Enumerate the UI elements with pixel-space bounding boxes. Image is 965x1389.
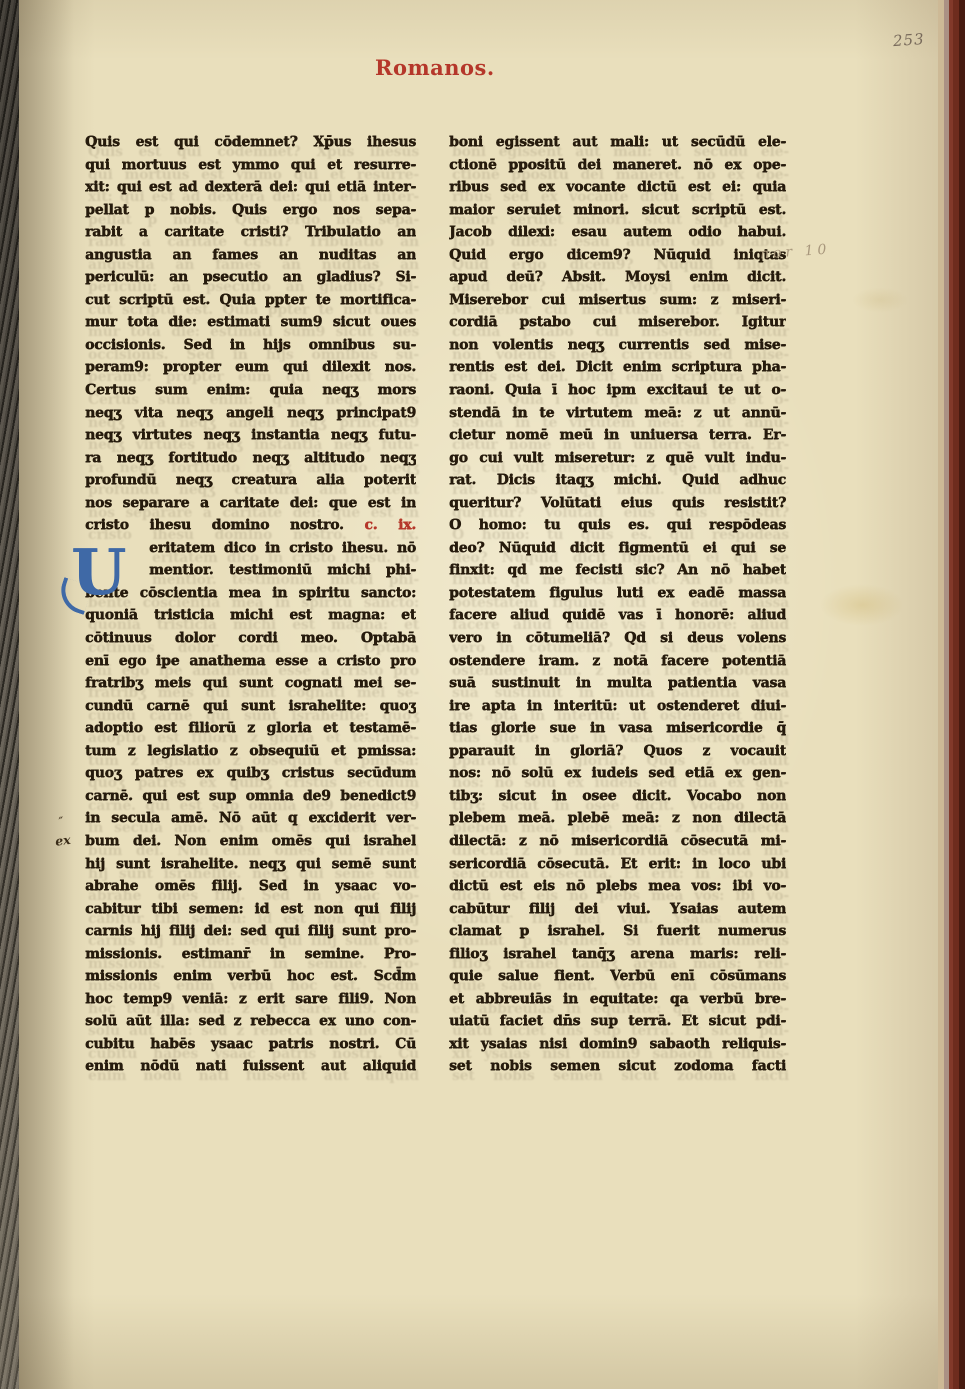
text-line: enim nōdū nati fuissent aut aliquid [85, 1055, 416, 1078]
text-line: cabūtur filij dei viui. Ysaias autem [449, 898, 786, 921]
chapter-rubric: c. ix. [364, 517, 416, 533]
text-line: pellat p nobis. Quis ergo nos sepa- [85, 199, 416, 222]
margin-correction-mark: ″ ex [52, 810, 86, 851]
text-line: ribus sed ex vocante dictū est ei: quia [449, 176, 786, 199]
text-line: peram9: propter eum qui dilexit nos. [85, 356, 416, 379]
text-line: abrahe omēs filij. Sed in ysaac vo- [85, 875, 416, 898]
text-line: profundū neqʒ creatura alia poterit [85, 469, 416, 492]
text-line: enī ego ipe anathema esse a cristo pro [85, 650, 416, 673]
text-line: xit ysaias nisi domin9 sabaoth reliquis- [449, 1033, 786, 1056]
text-line: adoptio est filiorū z gloria et testamē- [85, 717, 416, 740]
text-line: mur tota die: estimati sum9 sicut oues [85, 311, 416, 334]
text-line: carnē. qui est sup omnia de9 benedict9 [85, 785, 416, 808]
text-line: stendā in te virtutem meā: z ut annū- [449, 402, 786, 425]
text-line: finxit: qd me fecisti sic? An nō habet [449, 559, 786, 582]
text-line: Quis est qui cōdemnet? Xp̄us ihesus [85, 131, 416, 154]
text-line: cundū carnē qui sunt israhelite: quoʒ [85, 695, 416, 718]
text-line: periculū: an psecutio an gladius? Si- [85, 266, 416, 289]
text-line: Miserebor cui misertus sum: z miseri- [449, 289, 786, 312]
text-line: ctionē ppositū dei maneret. nō ex ope- [449, 154, 786, 177]
text-line: vero in cōtumeliā? Qd si deus volens [449, 627, 786, 650]
text-line: cubitu habēs ysaac patris nostri. Cū [85, 1033, 416, 1056]
text-line: in secula amē. Nō aūt q exciderit ver- [85, 807, 416, 830]
running-header: Romanos. [375, 55, 495, 80]
text-line: cordiā pstabo cui miserebor. Igitur [449, 311, 786, 334]
text-line: set nobis semen sicut zodoma facti [449, 1055, 786, 1078]
gutter-shadow [19, 0, 74, 1389]
folio-page-number: 253 [892, 30, 925, 50]
text-line: mentior. testimoniū michi phi- [85, 559, 416, 582]
text-line: cōtinuus dolor cordi meo. Optabā [85, 627, 416, 650]
text-line: quoʒ patres ex quibʒ cristus secūdum [85, 762, 416, 785]
text-line: pparauit in gloriā? Quos z vocauit [449, 740, 786, 763]
text-line: missionis enim verbū hoc est. Scd̄m [85, 965, 416, 988]
text-line: tias glorie sue in vasa misericordie q̄ [449, 717, 786, 740]
text-line: ire apta in interitū: ut ostenderet diui… [449, 695, 786, 718]
correction-word: ex [54, 829, 86, 851]
text-line: apud deū? Absit. Moysi enim dicit. [449, 266, 786, 289]
text-line: ostendere iram. z notā facere potentiā [449, 650, 786, 673]
text-line: non volentis neqʒ currentis sed mise- [449, 334, 786, 357]
text-line: rentis est dei. Dicit enim scriptura pha… [449, 356, 786, 379]
text-line: bente cōscientia mea in spiritu sancto: [85, 582, 416, 605]
text-line: queritur? Volūtati eius quis resistit? [449, 492, 786, 515]
manuscript-page: Romanos. 253 Quis est qui cōdemnet? Xp̄u… [0, 0, 965, 1389]
pencil-margin-note: nor 10 [760, 242, 831, 263]
text-line: plebem meā. plebē meā: z non dilectā [449, 807, 786, 830]
text-line: filioʒ israhel tanq̄ʒ arena maris: reli- [449, 943, 786, 966]
text-line: tum z legislatio z obsequiū et pmissa: [85, 740, 416, 763]
text-line: xit: qui est ad dexterā dei: qui etiā in… [85, 176, 416, 199]
text-line: cristo ihesu domino nostro. c. ix. [85, 514, 416, 537]
text-line: facere aliud quidē vas ī honorē: aliud [449, 604, 786, 627]
text-line: Certus sum enim: quia neqʒ mors [85, 379, 416, 402]
text-line: quie salue fient. Verbū enī cōsūmans [449, 965, 786, 988]
text-line: O homo: tu quis es. qui respōdeas [449, 514, 786, 537]
text-line: maior seruiet minori. sicut scriptū est. [449, 199, 786, 222]
text-line: cut scriptū est. Quia ppter te mortifica… [85, 289, 416, 312]
text-line: angustia an fames an nuditas an [85, 244, 416, 267]
text-line: carnis hij filij dei: sed qui filij sunt… [85, 920, 416, 943]
text-line: bum dei. Non enim omēs qui israhel [85, 830, 416, 853]
text-line: eritatem dico in cristo ihesu. nō [85, 537, 416, 560]
text-line: solū aūt illa: sed z rebecca ex uno con- [85, 1010, 416, 1033]
binding-edge [938, 0, 965, 1389]
text-line: missionis. estimanr̄ in semine. Pro- [85, 943, 416, 966]
text-line: Quid ergo dicem9? Nūquid iniqtas [449, 244, 786, 267]
text-line: deo? Nūquid dicit figmentū ei qui se [449, 537, 786, 560]
text-line: rat. Dicis itaqʒ michi. Quid adhuc [449, 469, 786, 492]
text-line: rabit a caritate cristi? Tribulatio an [85, 221, 416, 244]
illuminated-initial: U [71, 541, 126, 604]
book-page-edges-texture [0, 0, 19, 1389]
text-line: ra neqʒ fortitudo neqʒ altitudo neqʒ [85, 447, 416, 470]
text-line: qui mortuus est ymmo qui et resurre- [85, 154, 416, 177]
text-line: nos: nō solū ex iudeis sed etiā ex gen- [449, 762, 786, 785]
text-line: Jacob dilexi: esau autem odio habui. [449, 221, 786, 244]
text-line: boni egissent aut mali: ut secūdū ele- [449, 131, 786, 154]
text-column-right: boni egissent aut mali: ut secūdū ele-ct… [449, 131, 786, 1078]
text-line: fratribʒ meis qui sunt cognati mei se- [85, 672, 416, 695]
text-line: neqʒ vita neqʒ angeli neqʒ principat9 [85, 402, 416, 425]
text-line: tibʒ: sicut in osee dicit. Vocabo non [449, 785, 786, 808]
text-line: et abbreuiās in equitate: qa verbū bre- [449, 988, 786, 1011]
text-line: uiatū faciet dn̄s sup terrā. Et sicut pd… [449, 1010, 786, 1033]
text-line: nos separare a caritate dei: que est in [85, 492, 416, 515]
text-line: dilectā: z nō misericordiā cōsecutā mi- [449, 830, 786, 853]
text-line: quoniā tristicia michi est magna: et [85, 604, 416, 627]
text-line: cabitur tibi semen: id est non qui filij [85, 898, 416, 921]
text-line: neqʒ virtutes neqʒ instantia neqʒ futu- [85, 424, 416, 447]
text-line: clamat p israhel. Si fuerit numerus [449, 920, 786, 943]
text-line: go cui vult miseretur: z quē vult indu- [449, 447, 786, 470]
text-line: potestatem figulus luti ex eadē massa [449, 582, 786, 605]
text-line: hij sunt israhelite. neqʒ qui semē sunt [85, 853, 416, 876]
text-line: raoni. Quia ī hoc ipm excitaui te ut o- [449, 379, 786, 402]
text-line: suā sustinuit in multa patientia vasa [449, 672, 786, 695]
text-line: hoc temp9 veniā: z erit sare fili9. Non [85, 988, 416, 1011]
text-line: dictū est eis nō plebs mea vos: ibi vo- [449, 875, 786, 898]
text-line: cietur nomē meū in uniuersa terra. Er- [449, 424, 786, 447]
text-column-left: Quis est qui cōdemnet? Xp̄us ihesusqui m… [85, 131, 416, 1078]
text-line: occisionis. Sed in hijs omnibus su- [85, 334, 416, 357]
text-line: sericordiā cōsecutā. Et erit: in loco ub… [449, 853, 786, 876]
